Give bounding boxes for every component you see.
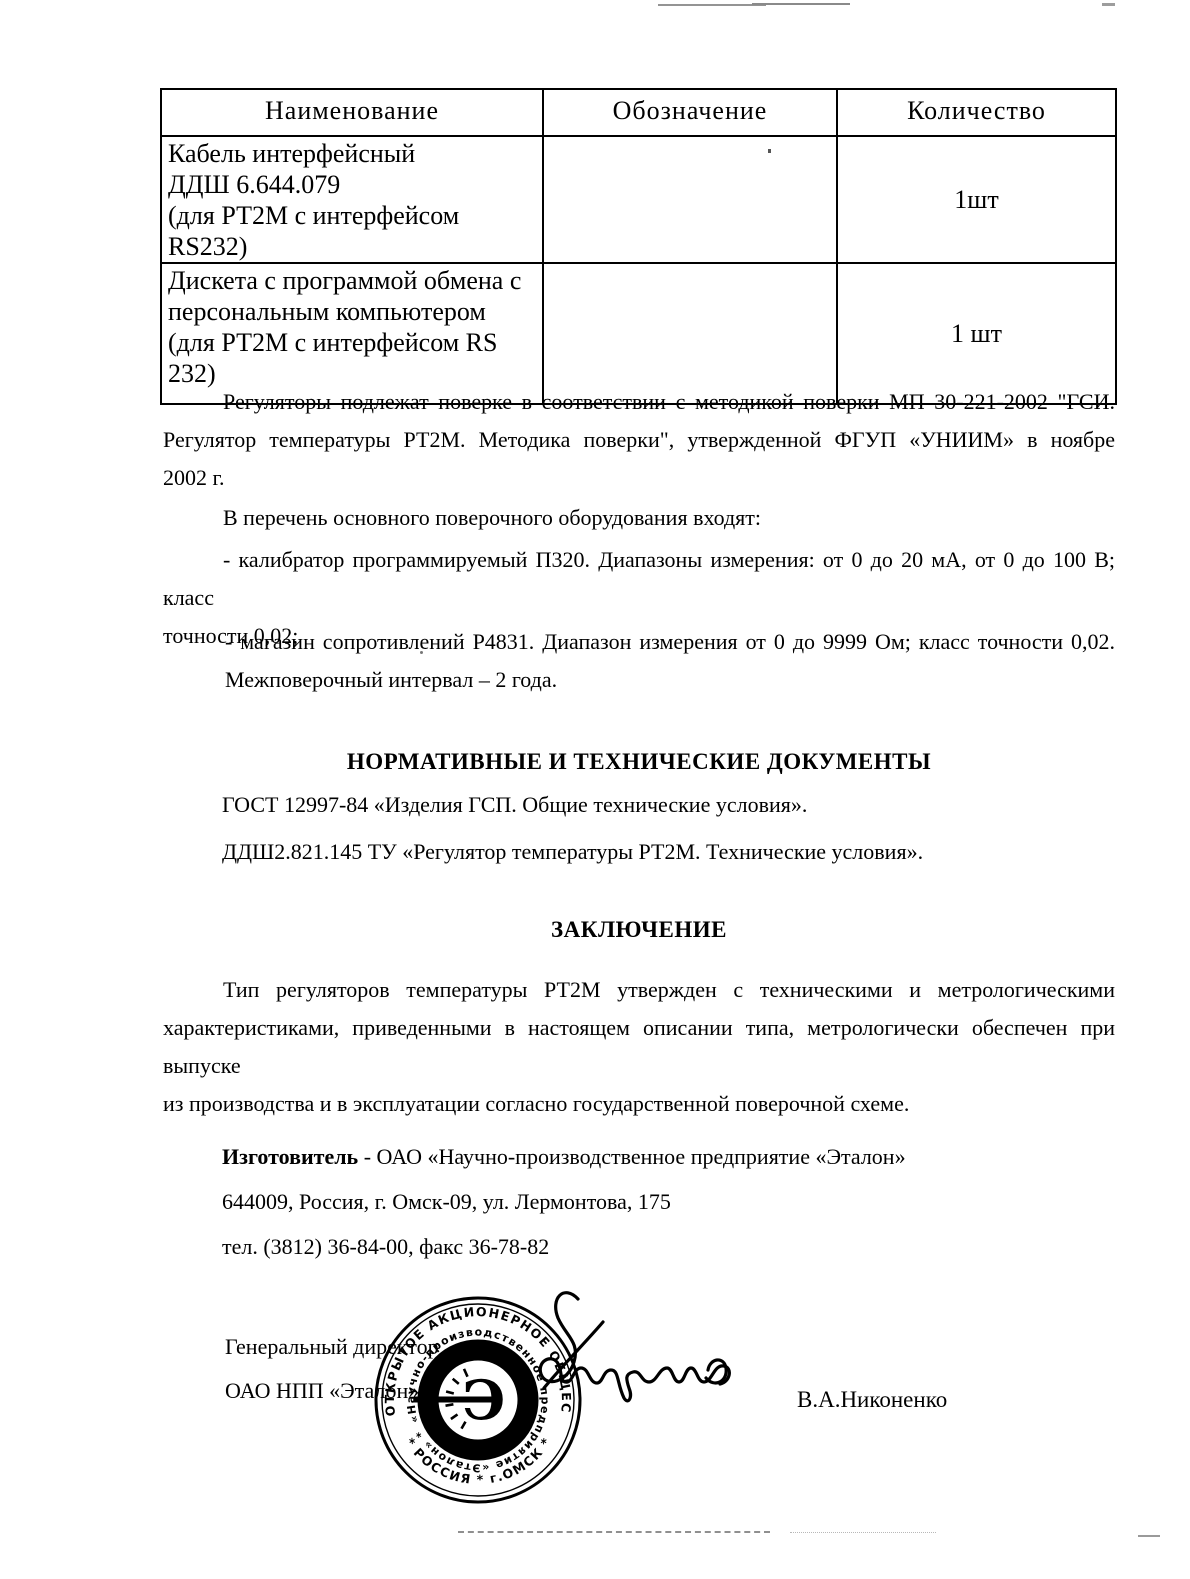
column-header-quantity: Количество	[837, 89, 1116, 136]
item-designation-cell	[543, 136, 837, 263]
item-name-line: ДДШ 6.644.079	[168, 169, 538, 200]
signature-flourish	[540, 1293, 729, 1401]
column-header-name: Наименование	[161, 89, 543, 136]
paragraph-line: 2002 г.	[163, 459, 1115, 497]
manufacturer-address: 644009, Россия, г. Омск-09, ул. Лермонто…	[222, 1183, 671, 1221]
stamp-emblem-crossbar	[414, 1397, 492, 1403]
paragraph-line: Тип регуляторов температуры РТ2М утвержд…	[163, 971, 1115, 1009]
scan-artifact-top-line-2	[752, 3, 850, 5]
conclusion-section-title: ЗАКЛЮЧЕНИЕ	[163, 911, 1115, 949]
manufacturer-phone: тел. (3812) 36-84-00, факс 36-78-82	[222, 1228, 549, 1266]
table-header-row: Наименование Обозначение Количество	[161, 89, 1116, 136]
scan-artifact-bottom-dashes	[458, 1531, 770, 1533]
normative-item: ГОСТ 12997-84 «Изделия ГСП. Общие технич…	[222, 786, 807, 824]
paragraph-line: Межповерочный интервал – 2 года.	[225, 661, 1115, 699]
scan-artifact-bottom-dots	[790, 1532, 936, 1533]
normative-section-title: НОРМАТИВНЫЕ И ТЕХНИЧЕСКИЕ ДОКУМЕНТЫ	[163, 743, 1115, 781]
handwritten-signature	[528, 1278, 758, 1423]
column-header-designation: Обозначение	[543, 89, 837, 136]
paragraph-line: В перечень основного поверочного оборудо…	[163, 499, 1115, 537]
scan-artifact-top-line	[658, 4, 766, 6]
verification-paragraph: Регуляторы подлежат поверке в соответств…	[163, 383, 1115, 497]
equipment-intro-paragraph: В перечень основного поверочного оборудо…	[163, 499, 1115, 537]
scan-artifact-top-right-mark	[1102, 3, 1115, 6]
resistance-paragraph: - магазин сопротивлений Р4831. Диапазон …	[225, 623, 1115, 699]
item-name-line: персональным компьютером	[168, 296, 538, 327]
signer-name: В.А.Никоненко	[797, 1381, 947, 1419]
equipment-table: Наименование Обозначение Количество Кабе…	[160, 88, 1117, 405]
paragraph-line: из производства и в эксплуатации согласн…	[163, 1085, 1115, 1123]
normative-item: ДДШ2.821.145 ТУ «Регулятор температуры Р…	[222, 833, 923, 871]
item-name-line: (для РТ2М с интерфейсом RS232)	[168, 200, 538, 262]
manufacturer-name: - ОАО «Научно-производственное предприят…	[358, 1144, 905, 1169]
manufacturer-line: Изготовитель - ОАО «Научно-производствен…	[222, 1138, 906, 1176]
manufacturer-label: Изготовитель	[222, 1144, 358, 1169]
paragraph-line: Регулятор температуры РТ2М. Методика пов…	[163, 421, 1115, 459]
item-name-line: (для РТ2М с интерфейсом RS 232)	[168, 327, 538, 389]
item-name-line: Дискета с программой обмена с	[168, 265, 538, 296]
paragraph-line: - калибратор программируемый П320. Диапа…	[163, 541, 1115, 617]
item-name-cell: Кабель интерфейсный ДДШ 6.644.079 (для Р…	[161, 136, 543, 263]
paragraph-line: Регуляторы подлежат поверке в соответств…	[163, 383, 1115, 421]
scan-artifact-bottom-fragment	[1138, 1535, 1160, 1537]
paragraph-line: - магазин сопротивлений Р4831. Диапазон …	[225, 623, 1115, 661]
paragraph-line: характеристиками, приведенными в настоящ…	[163, 1009, 1115, 1085]
conclusion-paragraph: Тип регуляторов температуры РТ2М утвержд…	[163, 971, 1115, 1123]
item-name-line: Кабель интерфейсный	[168, 138, 538, 169]
item-quantity-cell: 1шт	[837, 136, 1116, 263]
table-row: Кабель интерфейсный ДДШ 6.644.079 (для Р…	[161, 136, 1116, 263]
